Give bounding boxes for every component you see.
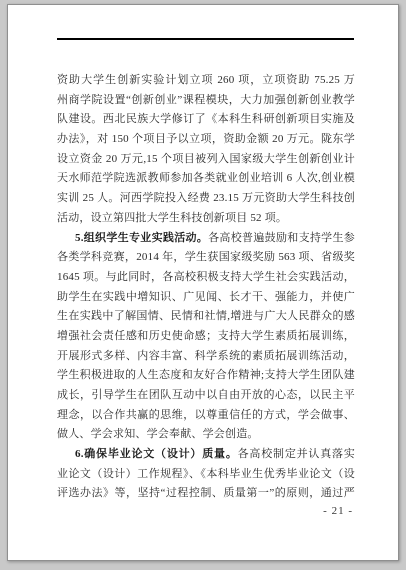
text-line: 开展形式多样、内容丰富、科学系统的素质拓展训练活动，培养 [57, 347, 355, 367]
text-line: 评选办法》等，坚持“过程控制、质量第一”的原则，通过严把 [57, 484, 355, 504]
text-line: 业论文（设计）工作规程》、《本科毕业生优秀毕业论文（设计） [57, 465, 355, 485]
text-line: 州商学院设置“创新创业”课程模块，大力加强创新创业教学团 [57, 91, 355, 111]
text-line: 活动，设立第四批大学生科技创新项目 52 项。 [57, 209, 355, 229]
text-line: 理念，以合作共赢的思维，以尊重信任的方式，学会做事、学会 [57, 406, 355, 426]
text-line: 助学生在实践中增知识、广见闻、长才干、强能力，并使广大学 [57, 288, 355, 308]
text-line: 各类学科竞赛，2014 年，学生获国家级奖励 563 项、省级奖励 [57, 248, 355, 268]
text-line: 学生积极进取的人生态度和友好合作精神;支持大学生团队建设 [57, 366, 355, 386]
paragraph-lead: 6.确保毕业论文（设计）质量。 [75, 448, 238, 460]
text-line: 队建设。西北民族大学修订了《本科生科研创新项目实施及管理 [57, 110, 355, 130]
page-number: - 21 - [323, 505, 353, 517]
text-line: 办法》，对 150 个项目予以立项，资助金额 20 万元。陇东学院 [57, 130, 355, 150]
header-rule [57, 38, 354, 40]
body-text: 资助大学生创新实验计划立项 260 项，立项资助 75.25 万元。兰州商学院设… [57, 71, 355, 504]
text-line: 资助大学生创新实验计划立项 260 项，立项资助 75.25 万元。兰 [57, 71, 355, 91]
text-line: 6.确保毕业论文（设计）质量。各高校制定并认真落实《毕 [57, 445, 355, 465]
text-line: 天水师范学院选派教师参加各类就业创业培训 6 人次,创业模拟 [57, 169, 355, 189]
paragraph-lead: 5.组织学生专业实践活动。 [75, 232, 208, 244]
text-line: 5.组织学生专业实践活动。各高校普遍鼓励和支持学生参加 [57, 229, 355, 249]
text-line: 做人、学会求知、学会奉献、学会创造。 [57, 425, 355, 445]
text-line: 生在实践中了解国情、民情和社情,增进与广大人民群众的感情, [57, 307, 355, 327]
text-line: 设立资金 20 万元,15 个项目被列入国家级大学生创新创业计划。 [57, 150, 355, 170]
text-line: 增强社会责任感和历史使命感；支持大学生素质拓展训练，鼓励 [57, 327, 355, 347]
document-page: 资助大学生创新实验计划立项 260 项，立项资助 75.25 万元。兰州商学院设… [7, 4, 399, 561]
text-line: 成长，引导学生在团队互动中以自由开放的心态，以民主平等的 [57, 386, 355, 406]
text-line: 1645 项。与此同时，各高校积极支持大学生社会实践活动，帮 [57, 268, 355, 288]
text-line: 实训 25 人。河西学院投入经费 23.15 万元资助大学生科技创新 [57, 189, 355, 209]
